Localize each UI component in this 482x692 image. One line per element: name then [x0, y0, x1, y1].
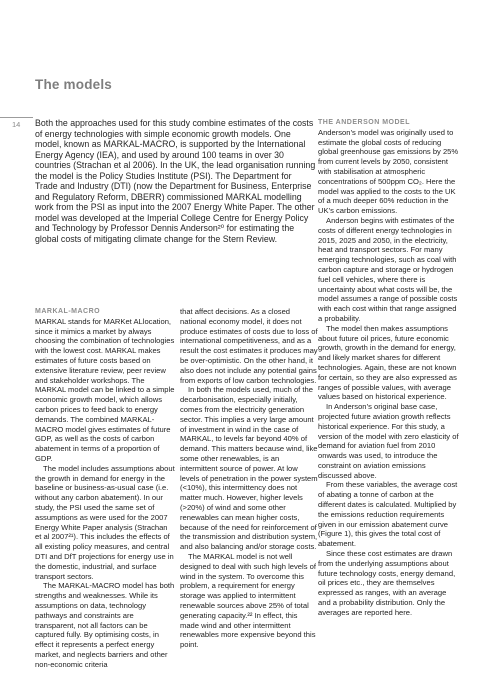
folio-rule [0, 117, 33, 118]
column-markal-middle: that affect decisions. As a closed natio… [180, 307, 318, 650]
page-number: 14 [12, 120, 20, 129]
body-paragraph: that affect decisions. As a closed natio… [180, 307, 318, 385]
body-paragraph: The MARKAL model is not well designed to… [180, 552, 318, 650]
body-paragraph: Anderson begins with estimates of the co… [318, 216, 459, 324]
body-paragraph: Anderson’s model was originally used to … [318, 128, 459, 216]
intro-paragraph: Both the approaches used for this study … [35, 118, 316, 245]
body-paragraph: In Anderson’s original base case, projec… [318, 402, 459, 480]
body-paragraph: The model then makes assumptions about f… [318, 324, 459, 402]
body-paragraph: The MARKAL-MACRO model has both strength… [35, 581, 175, 669]
body-paragraph: The model includes assumptions about the… [35, 464, 175, 582]
section-heading-markal: MARKAL-MACRO [35, 307, 175, 317]
report-page: The models 14 Both the approaches used f… [0, 0, 482, 692]
body-paragraph: From these variables, the average cost o… [318, 480, 459, 549]
body-paragraph: In both the models used, much of the dec… [180, 385, 318, 552]
column-markal-left: MARKAL-MACRO MARKAL stands for MARKet AL… [35, 307, 175, 669]
body-paragraph: Since these cost estimates are drawn fro… [318, 549, 459, 618]
body-paragraph: MARKAL stands for MARKet ALlocation, sin… [35, 317, 175, 464]
section-heading-anderson: THE ANDERSON MODEL [318, 118, 459, 128]
page-title: The models [35, 77, 112, 92]
column-anderson: THE ANDERSON MODEL Anderson’s model was … [318, 118, 459, 618]
